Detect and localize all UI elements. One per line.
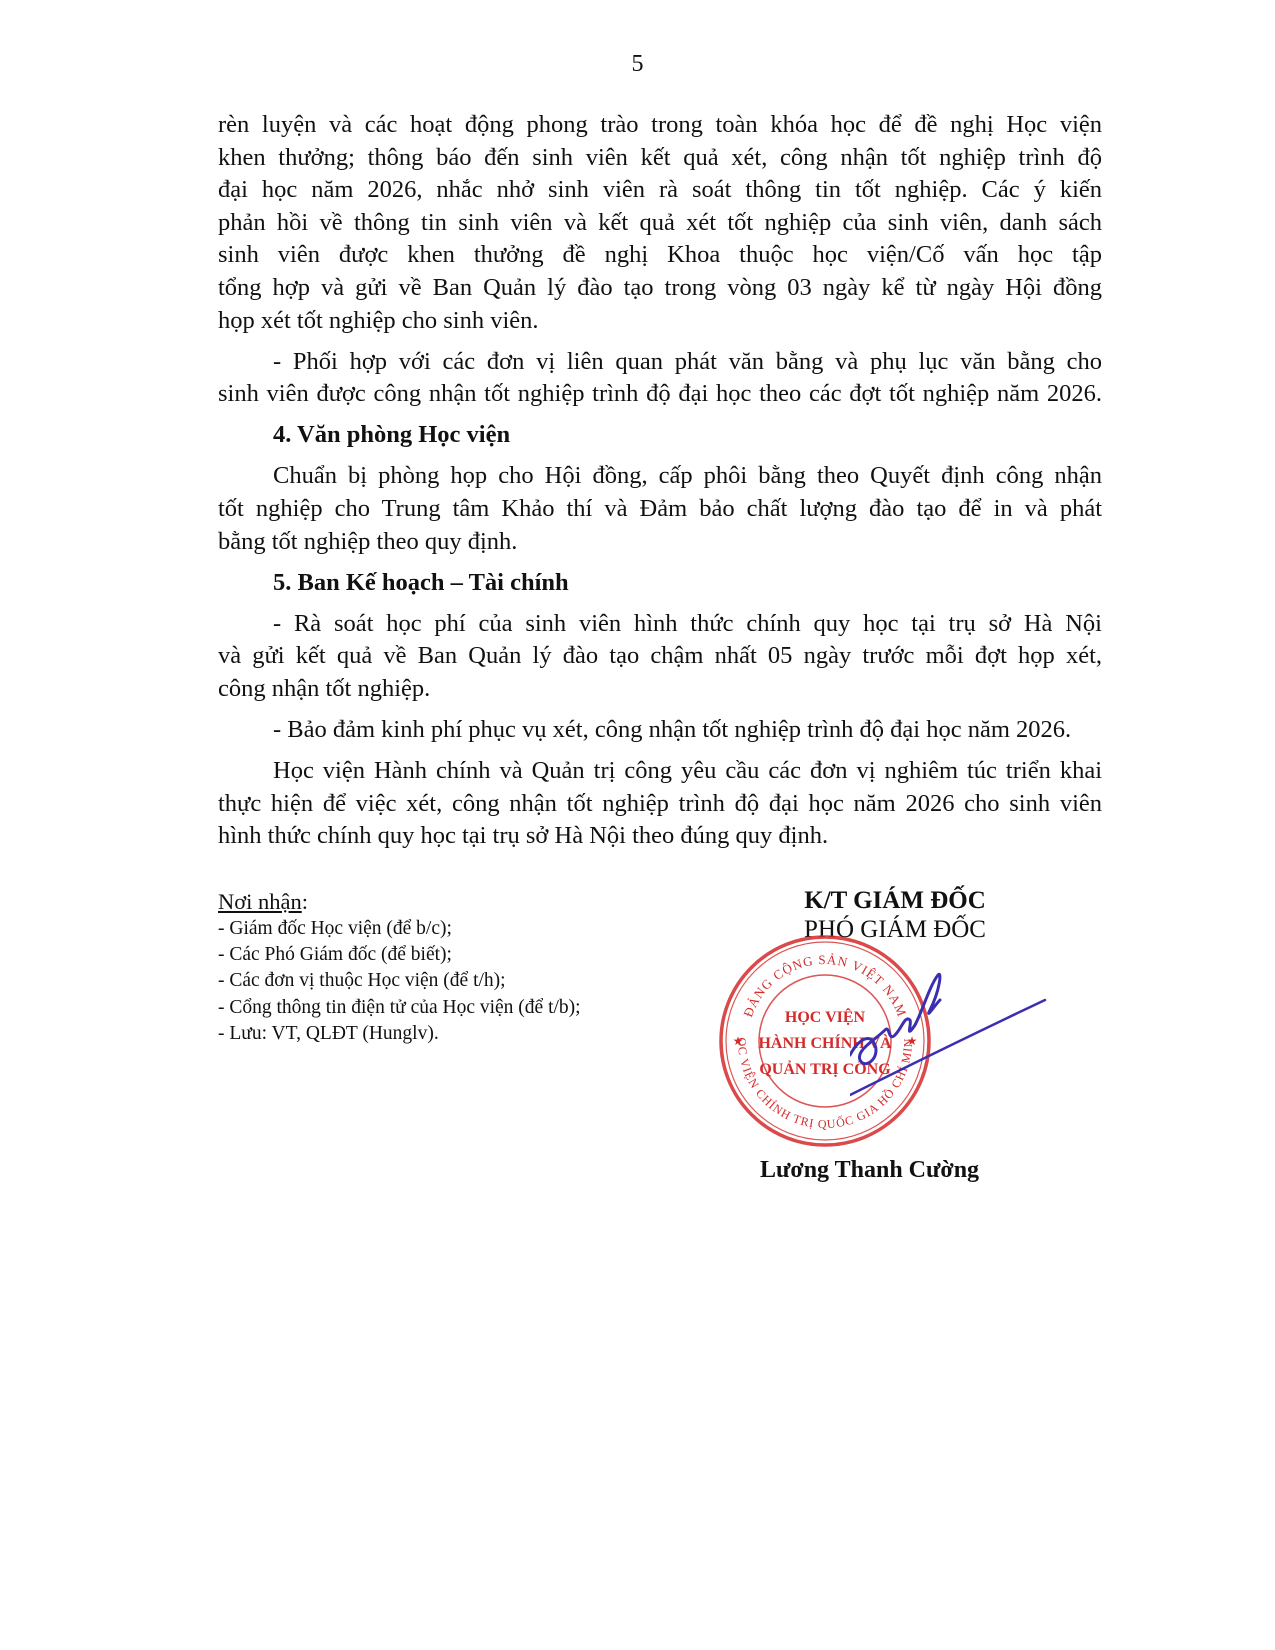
page-number: 5 <box>0 50 1275 78</box>
recipients-block: Nơi nhận: - Giám đốc Học viện (để b/c); … <box>218 888 678 1047</box>
text-line: Chuẩn bị phòng họp cho Hội đồng, cấp phô… <box>218 460 1102 493</box>
paragraph-section-5-item-2: - Bảo đảm kinh phí phục vụ xét, công nhậ… <box>218 714 1102 747</box>
recipient-item: - Lưu: VT, QLĐT (Hunglv). <box>218 1021 678 1047</box>
text-line: phản hồi về thông tin sinh viên và kết q… <box>218 207 1102 240</box>
text-line: công nhận tốt nghiệp. <box>218 673 1102 706</box>
text-line: rèn luyện và các hoạt động phong trào tr… <box>218 109 1102 142</box>
text-line: đại học năm 2026, nhắc nhở sinh viên rà … <box>218 174 1102 207</box>
section-heading-4: 4. Văn phòng Học viện <box>218 419 1102 452</box>
text-line: sinh viên được công nhận tốt nghiệp trìn… <box>218 378 1102 411</box>
text-line: - Phối hợp với các đơn vị liên quan phát… <box>218 346 1102 379</box>
text-line: khen thưởng; thông báo đến sinh viên kết… <box>218 142 1102 175</box>
paragraph-section-4: Chuẩn bị phòng họp cho Hội đồng, cấp phô… <box>218 460 1102 558</box>
text-line: Học viện Hành chính và Quản trị công yêu… <box>218 755 1102 788</box>
svg-text:★: ★ <box>733 1034 744 1048</box>
text-line: tổng hợp và gửi về Ban Quản lý đào tạo t… <box>218 272 1102 305</box>
recipient-item: - Cổng thông tin điện tử của Học viện (đ… <box>218 995 678 1021</box>
text-line: và gửi kết quả về Ban Quản lý đào tạo ch… <box>218 640 1102 673</box>
text-line: tốt nghiệp cho Trung tâm Khảo thí và Đảm… <box>218 493 1102 526</box>
text-line: thực hiện để việc xét, công nhận tốt ngh… <box>218 788 1102 821</box>
text-line: - Rà soát học phí của sinh viên hình thứ… <box>218 608 1102 641</box>
handwritten-signature-icon <box>850 970 1050 1120</box>
recipient-item: - Giám đốc Học viện (để b/c); <box>218 916 678 942</box>
paragraph-diploma-distribution: - Phối hợp với các đơn vị liên quan phát… <box>218 346 1102 411</box>
text-line: họp xét tốt nghiệp cho sinh viên. <box>218 305 1102 338</box>
recipients-title: Nơi nhận: <box>218 888 678 916</box>
signature-title: K/T GIÁM ĐỐC <box>730 886 1060 915</box>
paragraph-continuation: rèn luyện và các hoạt động phong trào tr… <box>218 109 1102 337</box>
section-heading-5: 5. Ban Kế hoạch – Tài chính <box>218 567 1102 600</box>
text-line: hình thức chính quy học tại trụ sở Hà Nộ… <box>218 820 1102 853</box>
paragraph-closing: Học viện Hành chính và Quản trị công yêu… <box>218 755 1102 853</box>
recipient-item: - Các đơn vị thuộc Học viện (để t/h); <box>218 968 678 994</box>
recipient-item: - Các Phó Giám đốc (để biết); <box>218 942 678 968</box>
text-line: bằng tốt nghiệp theo quy định. <box>218 526 1102 559</box>
document-body: rèn luyện và các hoạt động phong trào tr… <box>218 109 1102 853</box>
paragraph-section-5-item-1: - Rà soát học phí của sinh viên hình thứ… <box>218 608 1102 706</box>
signer-name: Lương Thanh Cường <box>760 1155 1060 1185</box>
text-line: sinh viên được khen thưởng đề nghị Khoa … <box>218 239 1102 272</box>
